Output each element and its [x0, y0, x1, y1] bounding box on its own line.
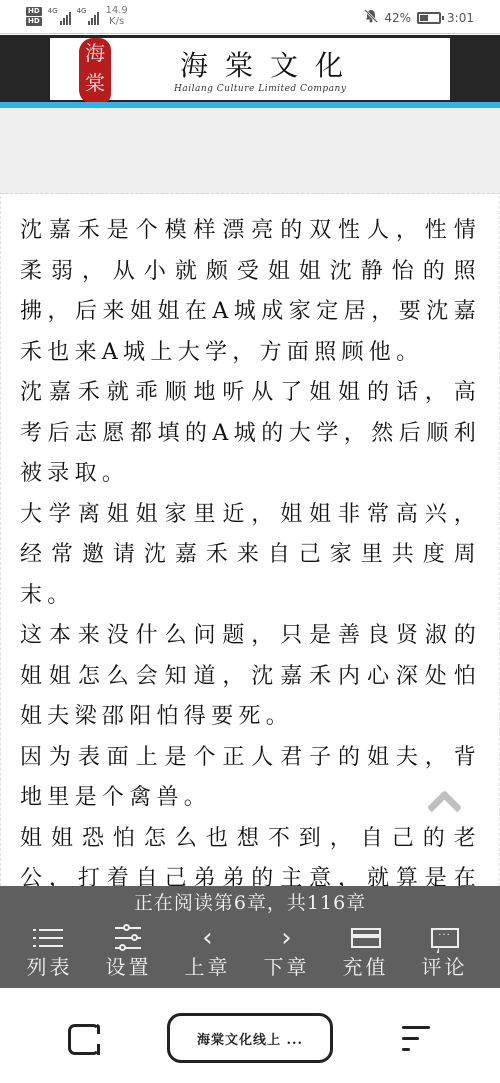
system-navigation-bar: 海棠文化线上 ...: [0, 988, 500, 1083]
comments-button[interactable]: ··· 评论: [405, 924, 484, 982]
logo-seal-icon: 海 棠: [79, 38, 111, 104]
sim1-hd-icon: HD: [26, 7, 42, 16]
chevron-left-icon: ‹: [190, 924, 226, 952]
previous-chapter-button[interactable]: ‹ 上章: [168, 924, 247, 982]
status-left: HD HD 4G 4G 14.9 K/s: [26, 5, 128, 27]
paragraph: 沈嘉禾是个模样漂亮的双性人，性情柔弱，从小就颇受姐姐沈静怡的照拂，后来姐姐在A城…: [1, 211, 499, 373]
network-speed: 14.9 K/s: [105, 5, 127, 27]
paragraph: 因为表面上是个正人君子的姐夫，背地里是个禽兽。: [1, 738, 499, 819]
signal-icon-1: 4G: [48, 7, 71, 25]
chapter-list-button[interactable]: 列表: [10, 924, 89, 982]
scroll-to-top-button[interactable]: [426, 790, 462, 816]
toolbar-buttons: 列表 设置 ‹ 上章 › 下章 充值: [0, 924, 500, 982]
battery-icon: [417, 12, 441, 24]
chapter-content[interactable]: 沈嘉禾是个模样漂亮的双性人，性情柔弱，从小就颇受姐姐沈静怡的照拂，后来姐姐在A城…: [0, 196, 500, 886]
recent-apps-icon[interactable]: [68, 1024, 100, 1055]
recharge-button[interactable]: 充值: [326, 924, 405, 982]
menu-icon[interactable]: [402, 1026, 430, 1052]
site-header: 海棠文化 Hailang Culture Limited Company 海 棠: [0, 35, 500, 102]
hd-indicators: HD HD: [26, 7, 42, 26]
clock: 3:01: [447, 11, 474, 25]
ad-placeholder: [0, 108, 500, 194]
sim2-hd-icon: HD: [26, 17, 42, 26]
paragraph: 这本来没什么问题，只是善良贤淑的姐姐怎么会知道，沈嘉禾内心深处怕姐夫梁邵阳怕得要…: [1, 616, 499, 738]
next-chapter-button[interactable]: › 下章: [247, 924, 326, 982]
signal-icon-2: 4G: [77, 7, 100, 25]
paragraph: 姐姐恐怕怎么也想不到，自己的老公，打着自己弟弟的主意，就算是在自己家: [1, 819, 499, 887]
logo-subtitle: Hailang Culture Limited Company: [174, 84, 346, 94]
settings-button[interactable]: 设置: [89, 924, 168, 982]
sliders-icon: [111, 924, 147, 952]
reader-toolbar: 正在阅读第6章，共116章 列表 设置 ‹ 上章: [0, 886, 500, 988]
paragraph: 大学离姐姐家里近，姐姐非常高兴，经常邀请沈嘉禾来自己家里共度周末。: [1, 495, 499, 617]
paragraph: 沈嘉禾就乖顺地听从了姐姐的话，高考后志愿都填的A城的大学，然后顺利被录取。: [1, 373, 499, 495]
logo-title: 海棠文化: [180, 44, 360, 84]
comment-icon: ···: [427, 924, 463, 952]
bell-off-icon: [364, 9, 378, 26]
current-tab-pill[interactable]: 海棠文化线上 ...: [167, 1013, 333, 1063]
list-icon: [32, 924, 68, 952]
credit-card-icon: [348, 924, 384, 952]
status-right: 42% 3:01: [364, 9, 474, 26]
reading-progress: 正在阅读第6章，共116章: [0, 888, 500, 918]
chevron-right-icon: ›: [269, 924, 305, 952]
battery-percent: 42%: [384, 11, 411, 25]
status-bar: HD HD 4G 4G 14.9 K/s 42% 3:01: [0, 0, 500, 34]
